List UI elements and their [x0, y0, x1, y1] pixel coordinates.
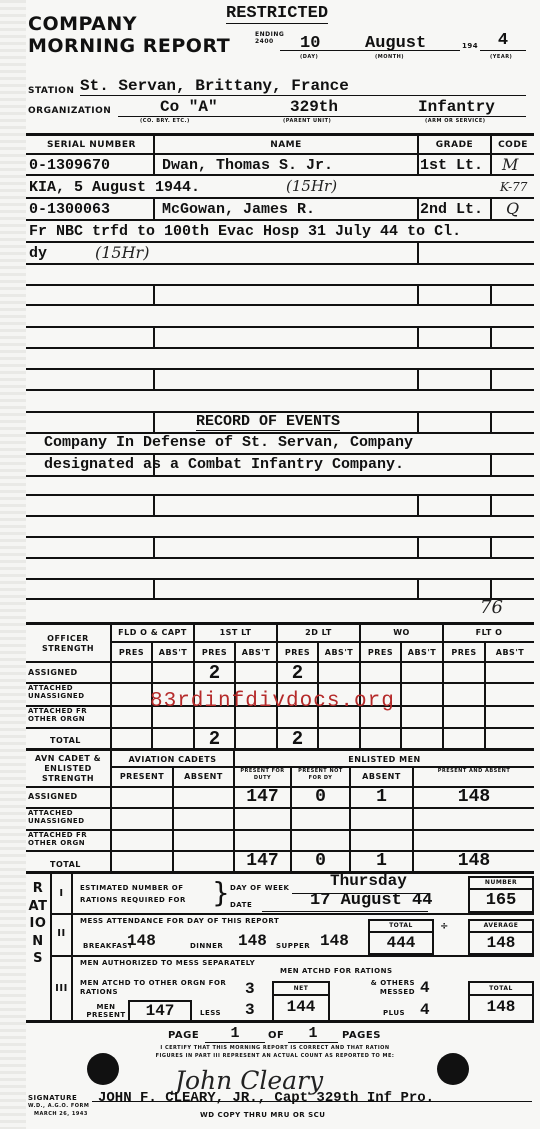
row-label-attached-unassigned: ATTACHED UNASSIGNED: [28, 684, 108, 700]
signer-name: JOHN F. CLEARY, JR., Capt 329th Inf Pro.: [98, 1090, 434, 1106]
col-divider: [153, 412, 155, 433]
col-divider: [153, 579, 155, 599]
officer-strength-title: OFFICER STRENGTH: [28, 634, 108, 654]
col-divider: [71, 873, 73, 1021]
mess-total-box: TOTAL 444: [368, 919, 434, 955]
rule: [26, 389, 534, 391]
officer-group-2d-lt: 2D LT: [278, 628, 359, 637]
average-label: AVERAGE: [470, 921, 532, 933]
remark-line: Fr NBC trfd to 100th Evac Hosp 31 July 4…: [29, 223, 461, 240]
officer-value: 2: [278, 728, 317, 750]
less-label: LESS: [200, 1009, 221, 1017]
officer-group-fld-o-capt: FLD O & CAPT: [112, 628, 193, 637]
serial-number: 0-1309670: [29, 157, 110, 174]
ration-total-box: TOTAL 148: [468, 981, 534, 1022]
mess-separately-label: MEN AUTHORIZED TO MESS SEPARATELY: [80, 959, 270, 968]
enlisted-strength-title: AVN CADET & ENLISTED STRENGTH: [28, 754, 108, 784]
col-divider: [417, 285, 419, 305]
officer-value: 2: [195, 662, 234, 684]
officer-value: 2: [278, 662, 317, 684]
person-name: Dwan, Thomas S. Jr.: [162, 157, 333, 174]
record-of-events-line: designated as a Combat Infantry Company.: [44, 456, 404, 473]
rule: [26, 598, 534, 600]
rule: [26, 536, 534, 538]
rule: [26, 494, 534, 496]
col-divider: [490, 537, 492, 558]
arm-caption: (ARM OR SERVICE): [425, 118, 486, 124]
rations-vertical-title: RATIONS: [28, 880, 48, 968]
wd-copy-note: WD COPY THRU MRU OR SCU: [200, 1111, 325, 1119]
row-label-attached-other: ATTACHED FR OTHER ORGN: [28, 707, 108, 723]
organization-company: Co "A": [160, 98, 218, 116]
morning-report-form: RESTRICTED COMPANY MORNING REPORT ENDING…: [0, 0, 540, 1129]
person-grade: 1st Lt.: [420, 157, 483, 174]
remark-line: KIA, 5 August 1944.: [29, 179, 200, 196]
col-divider: [417, 579, 419, 599]
col-divider: [417, 242, 419, 264]
year-caption: (YEAR): [490, 54, 512, 60]
rule: [26, 871, 534, 874]
rule: [26, 263, 534, 265]
rule: [26, 326, 534, 328]
margin-note: 76: [480, 597, 503, 618]
classification-stamp: RESTRICTED: [226, 4, 328, 24]
col-absent: ABSENT: [174, 772, 233, 781]
breakfast-label: BREAKFAST: [83, 942, 133, 950]
day-caption: (DAY): [300, 54, 318, 60]
mess-attendance-label: MESS ATTENDANCE FOR DAY OF THIS REPORT: [80, 917, 279, 925]
col-divider: [417, 327, 419, 348]
enlisted-value: 148: [414, 787, 534, 807]
men-present-count: 147: [130, 1002, 190, 1020]
officer-group-1st-lt: 1ST LT: [195, 628, 276, 637]
aviation-cadets-group: AVIATION CADETS: [112, 755, 233, 764]
col-present: PRESENT: [112, 772, 172, 781]
number-box: NUMBER 165: [468, 876, 534, 913]
subcol-pres: PRES: [112, 648, 151, 657]
rule: [26, 153, 534, 155]
col-divider: [417, 412, 419, 433]
organization-underline: [118, 116, 526, 117]
of-label: OF: [268, 1030, 284, 1041]
punch-hole-icon: [437, 1053, 469, 1085]
row-label-attached-other: ATTACHED FR OTHER ORGN: [28, 831, 108, 847]
net-box: NET 144: [272, 981, 330, 1022]
atchd-other-orgn-count: 3: [245, 980, 255, 998]
row-label-assigned: ASSIGNED: [28, 792, 78, 801]
subcol-abst: ABS'T: [153, 648, 193, 657]
pages-label: PAGES: [342, 1030, 381, 1041]
subcol-abst: ABS'T: [319, 648, 359, 657]
report-day: 10: [300, 34, 320, 53]
ration-total-label: TOTAL: [470, 983, 532, 996]
rations-required-label: ESTIMATED NUMBER OF RATIONS REQUIRED FOR: [80, 882, 220, 906]
subcol-pres: PRES: [361, 648, 400, 657]
col-divider: [490, 327, 492, 348]
handwritten-note: (15Hr): [286, 177, 337, 195]
col-divider: [153, 285, 155, 305]
col-present-and-absent: PRESENT AND ABSENT: [414, 768, 534, 775]
ration-day: Thursday: [330, 872, 407, 890]
col-divider: [490, 412, 492, 433]
enlisted-value: 0: [292, 851, 349, 871]
officer-value: 2: [195, 728, 234, 750]
company-caption: (CO. BRY. ETC.): [140, 118, 190, 124]
scan-edge: [0, 0, 26, 1129]
col-divider: [153, 537, 155, 558]
rule: [26, 622, 534, 625]
mess-total-label: TOTAL: [370, 921, 432, 933]
net-count: 144: [274, 996, 328, 1018]
rule: [26, 347, 534, 349]
report-year: 4: [480, 31, 526, 51]
duty-code: Q: [506, 199, 519, 218]
certification-text: I CERTIFY THAT THIS MORNING REPORT IS CO…: [150, 1044, 400, 1060]
remark-line: dy: [29, 245, 47, 262]
col-divider: [417, 198, 419, 220]
atchd-for-rations-label: MEN ATCHD FOR RATIONS: [280, 967, 393, 975]
mess-total: 444: [370, 933, 432, 953]
col-divider: [490, 454, 492, 476]
organization-label: ORGANIZATION: [28, 106, 111, 116]
col-divider: [484, 642, 486, 749]
col-serial-number: SERIAL NUMBER: [30, 140, 153, 150]
form-date: MARCH 26, 1943: [34, 1111, 88, 1117]
rule: [26, 284, 534, 286]
rule: [26, 219, 534, 221]
subcol-abst: ABS'T: [486, 648, 534, 657]
atchd-other-orgn-label: MEN ATCHD TO OTHER ORGN FOR RATIONS: [80, 979, 260, 997]
form-number: W.D., A.G.O. FORM: [28, 1103, 89, 1109]
rule: [110, 641, 534, 643]
supper-label: SUPPER: [276, 942, 310, 950]
month-caption: (MONTH): [375, 54, 404, 60]
col-present-for-duty: PRESENT FOR DUTY: [235, 768, 290, 782]
subcol-pres: PRES: [278, 648, 317, 657]
duty-code: K-77: [500, 180, 527, 194]
record-of-events-line: Company In Defense of St. Servan, Compan…: [44, 434, 413, 451]
rule: [26, 578, 534, 580]
ration-date: 17 August 44: [310, 891, 432, 910]
enlisted-value: 1: [351, 787, 412, 807]
row-label-total: TOTAL: [50, 860, 81, 869]
page-number: 1: [205, 1025, 265, 1043]
signature-label: SIGNATURE: [28, 1094, 77, 1102]
enlisted-value: 147: [235, 787, 290, 807]
net-label: NET: [274, 983, 328, 996]
organization-parent-unit: 329th: [290, 98, 338, 116]
enlisted-value: 1: [351, 851, 412, 871]
men-present-label: MEN PRESENT: [84, 1003, 128, 1019]
punch-hole-icon: [87, 1053, 119, 1085]
station-label: STATION: [28, 86, 74, 96]
col-divider: [153, 369, 155, 390]
col-code: CODE: [492, 140, 534, 150]
plus-count: 4: [420, 1001, 430, 1019]
officer-group-flt-o: FLT O: [444, 628, 534, 637]
rule: [26, 475, 534, 477]
underline: [262, 911, 428, 912]
dinner-label: DINNER: [190, 942, 223, 950]
col-divider: [110, 750, 112, 872]
col-name: NAME: [155, 140, 417, 150]
watermark: 83rdinfdivdocs.org: [150, 690, 395, 713]
rule: [26, 197, 534, 199]
number-label: NUMBER: [470, 878, 532, 890]
col-divider: [359, 623, 361, 749]
station-value: St. Servan, Brittany, France: [80, 77, 526, 96]
subcol-pres: PRES: [195, 648, 234, 657]
row-label-attached-unassigned: ATTACHED UNASSIGNED: [28, 809, 108, 825]
breakfast-count: 148: [127, 932, 156, 950]
col-divider: [172, 767, 174, 872]
col-divider: [153, 327, 155, 348]
duty-code: M: [502, 155, 518, 174]
others-messed-label: & OTHERS MESSED: [335, 979, 415, 997]
report-month: August: [365, 34, 426, 53]
parent-caption: (PARENT UNIT): [283, 118, 331, 124]
col-divider: [490, 198, 492, 220]
officer-group-wo: WO: [361, 628, 442, 637]
col-enlisted-absent: ABSENT: [351, 772, 412, 781]
col-divider: [490, 285, 492, 305]
year-prefix: 194: [462, 42, 478, 50]
average-box: AVERAGE 148: [468, 919, 534, 955]
subcol-pres: PRES: [444, 648, 484, 657]
row-label-total: TOTAL: [50, 736, 81, 745]
enlisted-value: 0: [292, 787, 349, 807]
ending-label: ENDING 2400: [255, 31, 275, 45]
page-label: PAGE: [168, 1030, 199, 1041]
ration-number: 165: [470, 890, 532, 911]
supper-count: 148: [320, 932, 349, 950]
row-label-assigned: ASSIGNED: [28, 668, 78, 677]
col-present-not-for-duty: PRESENT NOT FOR DY: [292, 768, 349, 782]
rule: [26, 368, 534, 370]
rule: [50, 955, 534, 957]
subcol-abst: ABS'T: [236, 648, 276, 657]
brace-icon: }: [212, 877, 230, 909]
col-divider: [490, 369, 492, 390]
form-title-line1: COMPANY: [28, 13, 137, 35]
col-grade: GRADE: [419, 140, 490, 150]
person-name: McGowan, James R.: [162, 201, 315, 218]
col-divider: [417, 495, 419, 516]
rule: [50, 913, 534, 915]
col-divider: [400, 642, 402, 749]
others-messed-count: 4: [420, 979, 430, 997]
rations-section-i: I: [52, 888, 71, 899]
enlisted-value: 148: [414, 851, 534, 871]
record-of-events-title: RECORD OF EVENTS: [196, 413, 340, 431]
enlisted-men-group: ENLISTED MEN: [235, 755, 534, 764]
total-pages: 1: [288, 1025, 338, 1043]
day-of-week-label: DAY OF WEEK: [230, 884, 289, 892]
rule: [26, 304, 534, 306]
rule: [26, 133, 534, 136]
col-divider: [442, 623, 444, 749]
col-divider: [153, 495, 155, 516]
handwritten-note: (15Hr): [95, 243, 149, 262]
col-divider: [417, 537, 419, 558]
serial-number: 0-1300063: [29, 201, 110, 218]
men-present-box: 147: [128, 1000, 192, 1022]
date-label: DATE: [230, 901, 252, 909]
enlisted-value: 147: [235, 851, 290, 871]
rule: [26, 453, 534, 455]
rations-section-iii: III: [52, 983, 71, 994]
col-divider: [490, 495, 492, 516]
col-divider: [153, 198, 155, 220]
ration-total: 148: [470, 996, 532, 1018]
less-count: 3: [245, 1001, 255, 1019]
col-divider: [417, 369, 419, 390]
form-title-line2: MORNING REPORT: [28, 35, 230, 57]
mess-average: 148: [470, 933, 532, 953]
rule: [26, 174, 534, 176]
divide-icon: ÷: [440, 922, 449, 932]
col-divider: [490, 579, 492, 599]
rule: [26, 515, 534, 517]
rule: [26, 557, 534, 559]
dinner-count: 148: [238, 932, 267, 950]
person-grade: 2nd Lt.: [420, 201, 483, 218]
organization-arm: Infantry: [418, 98, 495, 116]
plus-label: PLUS: [383, 1009, 405, 1017]
subcol-abst: ABS'T: [402, 648, 442, 657]
rations-section-ii: II: [52, 928, 71, 939]
